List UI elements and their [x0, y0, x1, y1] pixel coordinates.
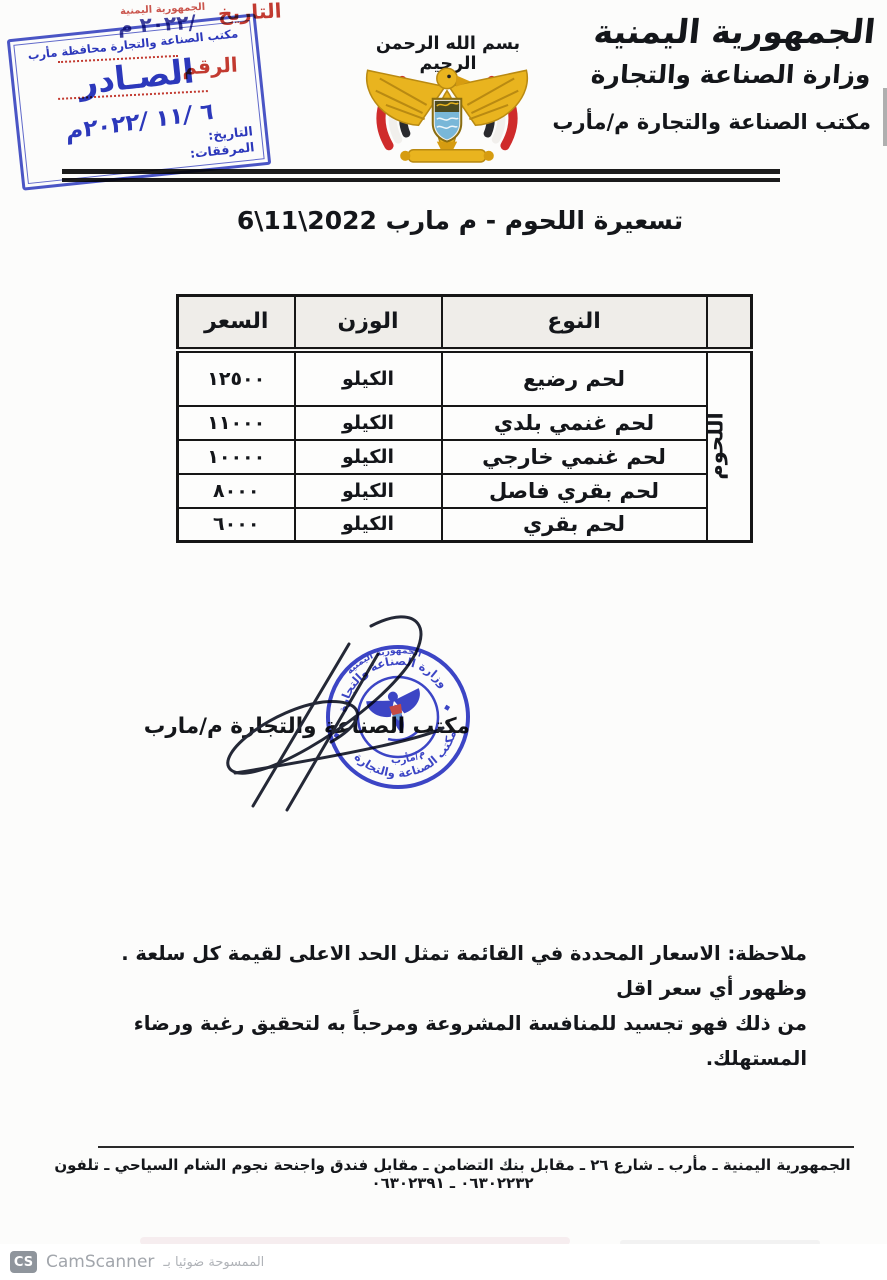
cell-type: لحم غنمي خارجي — [442, 440, 707, 474]
cell-type: لحم بقري فاصل — [442, 474, 707, 508]
header-country-calligraphy: الجمهورية اليمنية — [592, 12, 877, 51]
round-stamp-separator-left: ◆ — [332, 730, 341, 740]
document-title-date: 6\11\2022 — [237, 206, 377, 235]
cell-weight: الكيلو — [295, 440, 442, 474]
camscanner-caption-text: الممسوحة ضوئيا بـ — [163, 1255, 264, 1270]
table-header-row: النوع الوزن السعر — [178, 296, 752, 350]
table-row: لحم غنمي بلدي الكيلو ١١٠٠٠ — [178, 406, 752, 440]
table-row: لحم بقري فاصل الكيلو ٨٠٠٠ — [178, 474, 752, 508]
table-side-category-cell: اللحوم — [707, 350, 752, 542]
cell-price: ١٢٥٠٠ — [178, 350, 295, 406]
outgoing-stamp-border: مكتب الصناعة والتجارة محافظة مأرب الصـاد… — [13, 20, 264, 184]
header-office-line: مكتب الصناعة والتجارة م/مأرب — [552, 110, 871, 134]
cell-type: لحم رضيع — [442, 350, 707, 406]
note-line-1: ملاحظة: الاسعار المحددة في القائمة تمثل … — [99, 936, 807, 1006]
table-header-side-empty — [707, 296, 752, 350]
header-ministry-calligraphy: وزارة الصناعة والتجارة — [590, 60, 872, 89]
cell-price: ١١٠٠٠ — [178, 406, 295, 440]
document-title: تسعيرة اللحوم - م مارب 6\11\2022 — [170, 206, 750, 235]
cell-price: ١٠٠٠٠ — [178, 440, 295, 474]
yemen-national-emblem — [352, 52, 542, 166]
round-stamp-separator-right: ◆ — [443, 702, 452, 712]
cell-weight: الكيلو — [295, 350, 442, 406]
cell-type: لحم بقري — [442, 508, 707, 542]
cell-weight: الكيلو — [295, 508, 442, 542]
outgoing-stamp: مكتب الصناعة والتجارة محافظة مأرب الصـاد… — [7, 13, 272, 190]
table-row: لحم بقري الكيلو ٦٠٠٠ — [178, 508, 752, 542]
round-stamp-eagle-emblem — [365, 685, 430, 746]
scan-edge-artifact — [883, 88, 887, 146]
cell-type: لحم غنمي بلدي — [442, 406, 707, 440]
cell-price: ٨٠٠٠ — [178, 474, 295, 508]
scanned-document-page: التاريخ /٢٠٢٢ م الجمهورية اليمنية الرقم … — [0, 0, 887, 1280]
camscanner-watermark-bar: CS CamScanner الممسوحة ضوئيا بـ — [0, 1244, 887, 1280]
table-header-type: النوع — [442, 296, 707, 350]
camscanner-logo-icon: CS — [10, 1251, 37, 1273]
cell-price: ٦٠٠٠ — [178, 508, 295, 542]
table-row: لحم غنمي خارجي الكيلو ١٠٠٠٠ — [178, 440, 752, 474]
outgoing-stamp-labels: التاريخ: المرفقات: — [188, 123, 256, 162]
camscanner-brand-text: CamScanner — [46, 1252, 154, 1272]
cell-weight: الكيلو — [295, 474, 442, 508]
document-title-text: تسعيرة اللحوم - م مارب — [386, 206, 684, 235]
note-line-2: من ذلك فهو تجسيد للمنافسة المشروعة ومرحب… — [99, 1006, 807, 1076]
table-header-price: السعر — [178, 296, 295, 350]
note-paragraph: ملاحظة: الاسعار المحددة في القائمة تمثل … — [95, 936, 807, 1076]
cell-weight: الكيلو — [295, 406, 442, 440]
table-header-weight: الوزن — [295, 296, 442, 350]
footer-divider-rule — [98, 1146, 854, 1148]
table-side-category-label: اللحوم — [703, 413, 727, 480]
footer-address: الجمهورية اليمنية ـ مأرب ـ شارع ٢٦ ـ مقا… — [50, 1156, 855, 1192]
table-row: اللحوم لحم رضيع الكيلو ١٢٥٠٠ — [178, 350, 752, 406]
meat-price-table: النوع الوزن السعر اللحوم لحم رضيع الكيلو… — [176, 294, 753, 543]
